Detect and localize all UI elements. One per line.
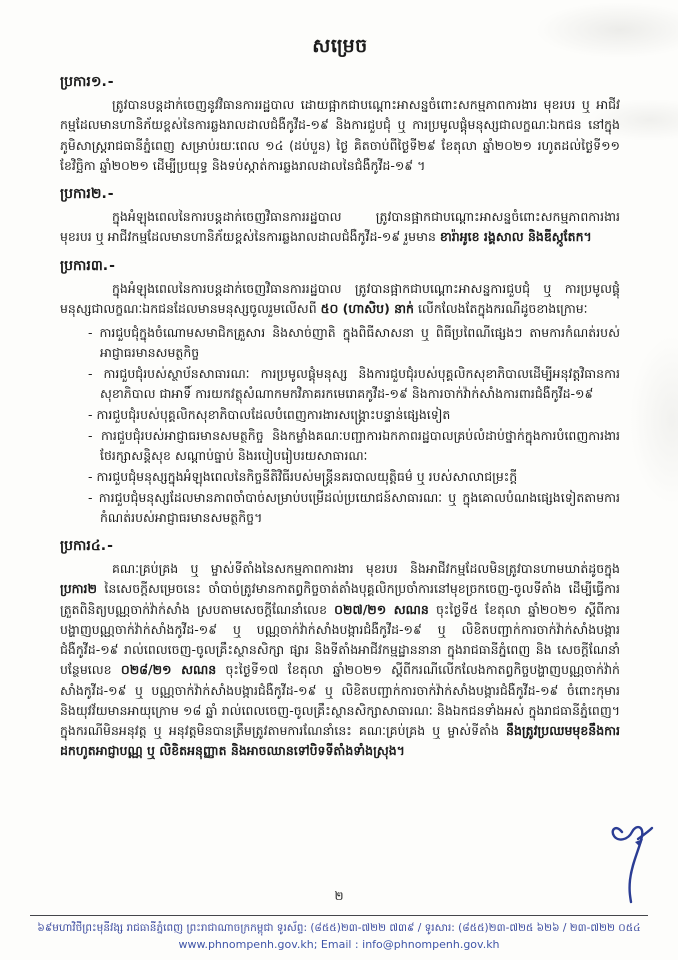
article-1-heading: ប្រការ១.- [60,72,620,93]
page-footer: ៦៩មហាវិថីព្រះមុនីវង្ស រាជធានីភ្នំពេញ ព្រ… [30,915,648,952]
article-3-paragraph: ក្នុងអំឡុងពេលនៃការបន្តដាក់ចេញវិធានការរដ្… [60,279,620,320]
article-2-bold-text: ខារ៉ាអូខេ រង្គសាល និងឌីស្កូតែក។ [440,229,592,244]
article-2-heading: ប្រការ២.- [60,184,620,205]
article-4-bold-ref: ប្រការ២ [60,581,97,596]
footer-divider [30,915,648,916]
article-1-paragraph: ត្រូវបានបន្តដាក់ចេញនូវវិធានការរដ្ឋបាល ដោ… [60,95,620,176]
article-3-suffix: .- [103,258,116,274]
article-3-exception-list: ការជួបជុំក្នុងចំណោមសមាជិកគ្រួសារ និងសាច់… [60,323,620,528]
article-4-label: ប្រការ៤ [60,538,101,554]
exception-item-4: ការជួបជុំរបស់អាជ្ញាធរមានសមត្ថកិច្ច និងកម… [88,426,620,466]
exception-item-1: ការជួបជុំក្នុងចំណោមសមាជិកគ្រួសារ និងសាច់… [88,323,620,363]
article-2-paragraph: ក្នុងអំឡុងពេលនៃការបន្តដាក់ចេញវិធានការរដ្… [60,207,620,248]
exception-item-5: ការជួបជុំមនុស្សក្នុងអំឡុងពេលនៃកិច្ចនីតិវ… [88,467,620,487]
page-number: ២ [0,888,678,906]
article-4-paragraph: គណៈគ្រប់គ្រង ឬ ម្ចាស់ទីតាំងនៃសកម្មភាពការ… [60,559,620,762]
article-4-heading: ប្រការ៤.- [60,536,620,557]
article-2-label: ប្រការ២ [60,186,101,202]
footer-address-line: ៦៩មហាវិថីព្រះមុនីវង្ស រាជធានីភ្នំពេញ ព្រ… [30,921,648,937]
scanned-decision-page: សម្រេច ប្រការ១.- ត្រូវបានបន្តដាក់ចេញនូវវ… [0,0,678,960]
article-4-bold-directive-2: ០២៨/២១ សណន [121,662,216,677]
article-1-suffix: .- [101,74,114,90]
article-2-suffix: .- [101,186,114,202]
article-4: ប្រការ៤.- គណៈគ្រប់គ្រង ឬ ម្ចាស់ទីតាំងនៃស… [60,536,620,762]
article-4-suffix: .- [101,538,114,554]
article-3-bold-text: ៥០ (ហាសិប) នាក់ [321,301,414,316]
article-3-text-2: លើកលែងតែក្នុងករណីដូចខាងក្រោមៈ [414,301,588,316]
article-4-bold-directive-1: ០២៧/២១ សណន [334,602,429,617]
article-1: ប្រការ១.- ត្រូវបានបន្តដាក់ចេញនូវវិធានការ… [60,72,620,176]
article-3-label: ប្រការ៣ [60,258,103,274]
article-3-heading: ប្រការ៣.- [60,256,620,277]
article-1-text: ត្រូវបានបន្តដាក់ចេញនូវវិធានការរដ្ឋបាល ដោ… [60,97,620,173]
document-content: សម្រេច ប្រការ១.- ត្រូវបានបន្តដាក់ចេញនូវវ… [0,0,678,762]
footer-web-line: www.phnompenh.gov.kh; Email : info@phnom… [30,937,648,952]
exception-item-3: ការជួបជុំរបស់បុគ្គលិកសុខាភិបាលដែលបំពេញកា… [88,405,620,425]
document-title: សម្រេច [60,34,620,62]
article-2: ប្រការ២.- ក្នុងអំឡុងពេលនៃការបន្តដាក់ចេញវ… [60,184,620,248]
article-4-text-1: គណៈគ្រប់គ្រង ឬ ម្ចាស់ទីតាំងនៃសកម្មភាពការ… [112,561,620,576]
article-3: ប្រការ៣.- ក្នុងអំឡុងពេលនៃការបន្តដាក់ចេញវ… [60,256,620,529]
article-1-label: ប្រការ១ [60,74,101,90]
exception-item-2: ការជួបជុំរបស់ស្ថាប័នសាធារណៈ ការប្រមូលផ្ដ… [88,364,620,404]
exception-item-6: ការជួបជុំមនុស្សដែលមានភាពចាំបាច់សម្រាប់បម… [88,488,620,528]
